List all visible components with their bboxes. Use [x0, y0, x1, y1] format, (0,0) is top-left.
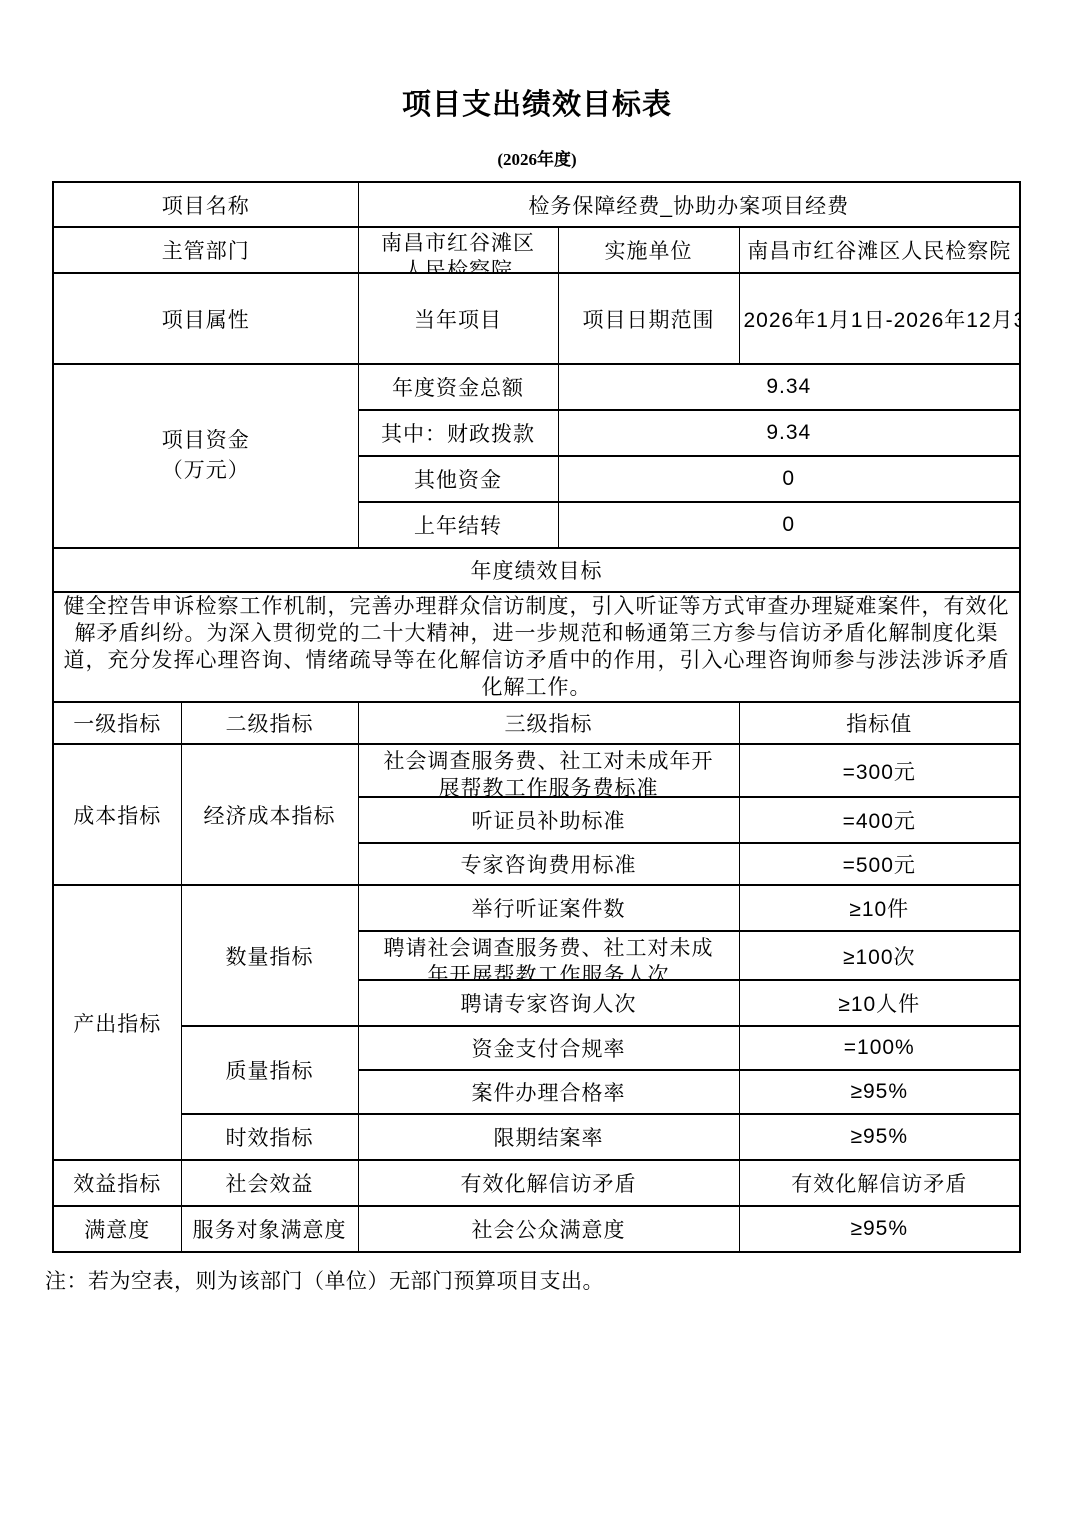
value-case-pass-rate: ≥95% [739, 1070, 1020, 1114]
row-satisfaction: 满意度 服务对象满意度 社会公众满意度 ≥95% [53, 1206, 1020, 1252]
row-output-1: 产出指标 数量指标 举行听证案件数 ≥10件 [53, 885, 1020, 931]
funding-carryover-label: 上年结转 [358, 502, 558, 548]
row-annual-target-header: 年度绩效目标 [53, 548, 1020, 592]
attribute-label: 项目属性 [53, 273, 358, 364]
document-page: 项目支出绩效目标表 (2026年度) 项目名称 检务保障经费_协助办案项目经费 … [0, 0, 1074, 1520]
supervisor-label: 主管部门 [53, 227, 358, 273]
funding-label: 项目资金 （万元） [53, 364, 358, 548]
level1-benefit: 效益指标 [53, 1160, 181, 1206]
level3-closure-rate: 限期结案率 [358, 1114, 739, 1160]
level3-expert-consult-times: 聘请专家咨询人次 [358, 980, 739, 1026]
funding-carryover-value: 0 [558, 502, 1020, 548]
header-level1: 一级指标 [53, 702, 181, 744]
funding-other-label: 其他资金 [358, 456, 558, 502]
date-range-label: 项目日期范围 [558, 273, 739, 364]
attribute-value: 当年项目 [358, 273, 558, 364]
row-output-6: 时效指标 限期结案率 ≥95% [53, 1114, 1020, 1160]
header-value: 指标值 [739, 702, 1020, 744]
value-closure-rate: ≥95% [739, 1114, 1020, 1160]
project-name-label: 项目名称 [53, 182, 358, 227]
project-name-value: 检务保障经费_协助办案项目经费 [358, 182, 1020, 227]
value-social-survey-fee: =300元 [739, 744, 1020, 797]
row-funding-total: 项目资金 （万元） 年度资金总额 9.34 [53, 364, 1020, 410]
doc-note: 注：若为空表，则为该部门（单位）无部门预算项目支出。 [45, 1265, 1074, 1295]
value-hearing-cases: ≥10件 [739, 885, 1020, 931]
doc-subtitle: (2026年度) [0, 145, 1074, 170]
value-expert-consult-times: ≥10人件 [739, 980, 1020, 1026]
header-level3: 三级指标 [358, 702, 739, 744]
level2-quality: 质量指标 [181, 1026, 358, 1114]
row-output-4: 质量指标 资金支付合规率 =100% [53, 1026, 1020, 1070]
value-expert-fee: =500元 [739, 843, 1020, 885]
row-annual-target-text: 健全控告申诉检察工作机制，完善办理群众信访制度，引入听证等方式审查办理疑难案件，… [53, 592, 1020, 702]
funding-fiscal-label: 其中：财政拨款 [358, 410, 558, 456]
funding-total-label: 年度资金总额 [358, 364, 558, 410]
row-indicator-headers: 一级指标 二级指标 三级指标 指标值 [53, 702, 1020, 744]
level2-timeliness: 时效指标 [181, 1114, 358, 1160]
row-attributes: 项目属性 当年项目 项目日期范围 2026年1月1日-2026年12月31日 [53, 273, 1020, 364]
value-resolve-petition: 有效化解信访矛盾 [739, 1160, 1020, 1206]
level3-public-satisfaction: 社会公众满意度 [358, 1206, 739, 1252]
level2-social-benefit: 社会效益 [181, 1160, 358, 1206]
level3-resolve-petition: 有效化解信访矛盾 [358, 1160, 739, 1206]
value-payment-compliance: =100% [739, 1026, 1020, 1070]
row-departments: 主管部门 南昌市红谷滩区人民检察院 实施单位 南昌市红谷滩区人民检察院 [53, 227, 1020, 273]
level3-social-survey-times: 聘请社会调查服务费、社工对未成年开展帮教工作服务人次 [358, 931, 739, 980]
level3-social-survey-fee: 社会调查服务费、社工对未成年开展帮教工作服务费标准 [358, 744, 739, 797]
value-social-survey-times: ≥100次 [739, 931, 1020, 980]
level2-economic-cost: 经济成本指标 [181, 744, 358, 885]
supervisor-value: 南昌市红谷滩区人民检察院 [358, 227, 558, 273]
implementer-value: 南昌市红谷滩区人民检察院 [739, 227, 1020, 273]
funding-label-line2: （万元） [58, 456, 354, 486]
level3-hearing-subsidy: 听证员补助标准 [358, 797, 739, 843]
funding-other-value: 0 [558, 456, 1020, 502]
level1-satisfaction: 满意度 [53, 1206, 181, 1252]
date-range-value: 2026年1月1日-2026年12月31日 [739, 273, 1020, 364]
header-level2: 二级指标 [181, 702, 358, 744]
annual-target-text: 健全控告申诉检察工作机制，完善办理群众信访制度，引入听证等方式审查办理疑难案件，… [53, 592, 1020, 702]
row-cost-1: 成本指标 经济成本指标 社会调查服务费、社工对未成年开展帮教工作服务费标准 =3… [53, 744, 1020, 797]
level2-service-satisfaction: 服务对象满意度 [181, 1206, 358, 1252]
value-hearing-subsidy: =400元 [739, 797, 1020, 843]
level3-payment-compliance: 资金支付合规率 [358, 1026, 739, 1070]
level3-expert-fee: 专家咨询费用标准 [358, 843, 739, 885]
value-public-satisfaction: ≥95% [739, 1206, 1020, 1252]
row-project-name: 项目名称 检务保障经费_协助办案项目经费 [53, 182, 1020, 227]
level2-quantity: 数量指标 [181, 885, 358, 1026]
level3-case-pass-rate: 案件办理合格率 [358, 1070, 739, 1114]
doc-title: 项目支出绩效目标表 [0, 0, 1074, 123]
level3-hearing-cases: 举行听证案件数 [358, 885, 739, 931]
funding-total-value: 9.34 [558, 364, 1020, 410]
level1-cost: 成本指标 [53, 744, 181, 885]
row-benefit: 效益指标 社会效益 有效化解信访矛盾 有效化解信访矛盾 [53, 1160, 1020, 1206]
funding-label-line1: 项目资金 [58, 426, 354, 456]
implementer-label: 实施单位 [558, 227, 739, 273]
annual-target-header: 年度绩效目标 [53, 548, 1020, 592]
level1-output: 产出指标 [53, 885, 181, 1160]
performance-target-table: 项目名称 检务保障经费_协助办案项目经费 主管部门 南昌市红谷滩区人民检察院 实… [52, 181, 1021, 1253]
funding-fiscal-value: 9.34 [558, 410, 1020, 456]
